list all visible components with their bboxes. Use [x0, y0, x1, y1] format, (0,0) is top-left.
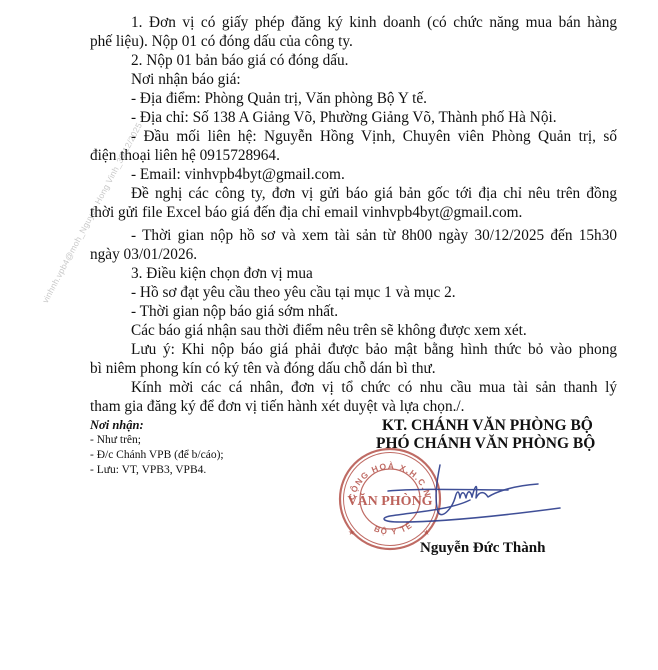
- body-line: 3. Điều kiện chọn đơn vị mua: [131, 264, 313, 283]
- body-line: - Thời gian nộp báo giá sớm nhất.: [131, 302, 338, 321]
- body-line: - Hồ sơ đạt yêu cầu theo yêu cầu tại mục…: [131, 283, 456, 302]
- body-line: thời gửi file Excel báo giá đến địa chỉ …: [90, 203, 522, 222]
- body-line: Đề nghị các công ty, đơn vị gửi báo giá …: [131, 184, 617, 203]
- recipient-item: - Lưu: VT, VPB3, VPB4.: [90, 463, 206, 478]
- body-line: ngày 03/01/2026.: [90, 245, 197, 264]
- handwritten-signature-icon: [360, 460, 570, 540]
- body-line: Nơi nhận báo giá:: [131, 70, 241, 89]
- body-line: 1. Đơn vị có giấy phép đăng ký kinh doan…: [131, 13, 617, 32]
- body-line: bì niêm phong kín có ký tên và đóng dấu …: [90, 359, 436, 378]
- signer-title-line1: KT. CHÁNH VĂN PHÒNG BỘ: [382, 416, 593, 435]
- recipients-heading: Nơi nhận:: [90, 418, 144, 433]
- body-line: 2. Nộp 01 bản báo giá có đóng dấu.: [131, 51, 349, 70]
- body-line: - Thời gian nộp hồ sơ và xem tài sản từ …: [131, 226, 617, 245]
- body-line: - Địa chỉ: Số 138 A Giảng Võ, Phường Giả…: [131, 108, 557, 127]
- recipient-item: - Như trên;: [90, 433, 141, 448]
- body-line: - Đầu mối liên hệ: Nguyễn Hồng Vịnh, Chu…: [131, 127, 617, 146]
- body-line: Lưu ý: Khi nộp báo giá phải được bảo mật…: [131, 340, 617, 359]
- signer-name: Nguyễn Đức Thành: [420, 539, 545, 558]
- body-line: Kính mời các cá nhân, đơn vị tổ chức có …: [131, 378, 617, 397]
- body-line: điện thoại liên hệ 0915728964.: [90, 146, 280, 165]
- body-line: Các báo giá nhận sau thời điểm nêu trên …: [131, 321, 527, 340]
- body-line: - Email: vinhvpb4byt@gmail.com.: [131, 165, 345, 184]
- recipient-item: - Đ/c Chánh VPB (để b/cáo);: [90, 448, 224, 463]
- body-line: - Địa điểm: Phòng Quản trị, Văn phòng Bộ…: [131, 89, 427, 108]
- body-line: tham gia đăng ký để đơn vị tiến hành xét…: [90, 397, 465, 416]
- body-line: phế liệu). Nộp 01 có đóng dấu của công t…: [90, 32, 353, 51]
- svg-text:★: ★: [348, 528, 355, 537]
